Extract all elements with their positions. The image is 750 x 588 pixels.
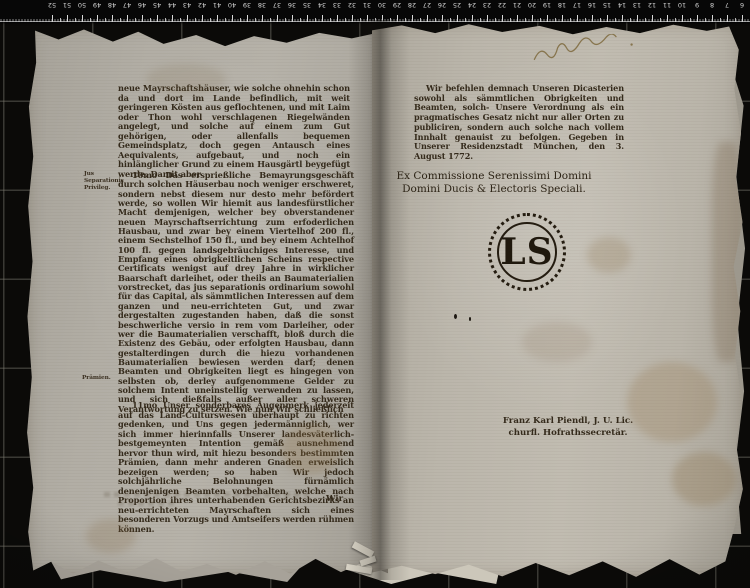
ruler-cm-tick xyxy=(217,15,218,22)
ruler-half-cm-tick xyxy=(735,18,736,22)
ruler-half-cm-tick xyxy=(165,18,166,22)
ruler-half-cm-tick xyxy=(525,18,526,22)
ruler-cm-tick xyxy=(622,15,623,22)
section-11-paragraph: 11mo Unser sonderbares Augenmerk jederze… xyxy=(118,401,354,534)
ruler-cm-tick xyxy=(667,15,668,22)
ruler-cm-tick xyxy=(442,15,443,22)
printed-seal: LS xyxy=(488,213,566,291)
ruler-cm-tick xyxy=(142,15,143,22)
ruler-half-cm-tick xyxy=(615,18,616,22)
ruler-cm-tick xyxy=(502,15,503,22)
ruler-cm-tick xyxy=(202,15,203,22)
ruler-cm-tick xyxy=(562,15,563,22)
stain-spot xyxy=(522,322,592,362)
ruler-cm-tick xyxy=(472,15,473,22)
ruler-half-cm-tick xyxy=(705,18,706,22)
ruler-half-cm-tick xyxy=(495,18,496,22)
signature-block: Franz Karl Piendl, J. U. Lic. churfl. Ho… xyxy=(448,416,688,439)
signature-name: Franz Karl Piendl, J. U. Lic. xyxy=(448,416,688,428)
ruler-half-cm-tick xyxy=(570,18,571,22)
ruler-half-cm-tick xyxy=(540,18,541,22)
ruler-cm-tick xyxy=(247,15,248,22)
ruler-half-cm-tick xyxy=(585,18,586,22)
handwritten-annotation xyxy=(527,32,639,72)
bleedthrough-text xyxy=(118,501,178,506)
ruler-half-cm-tick xyxy=(210,18,211,22)
ruler-cm-tick xyxy=(547,15,548,22)
ruler-cm-tick xyxy=(307,15,308,22)
ruler-half-cm-tick xyxy=(480,18,481,22)
ruler-cm-tick xyxy=(532,15,533,22)
ruler-cm-tick xyxy=(712,15,713,22)
ruler-cm-tick xyxy=(652,15,653,22)
ruler-cm-tick xyxy=(277,15,278,22)
ruler-half-cm-tick xyxy=(285,18,286,22)
ruler-half-cm-tick xyxy=(105,18,106,22)
ruler-half-cm-tick xyxy=(225,18,226,22)
closing-decree-paragraph: Wir befehlen demnach Unseren Dicasterien… xyxy=(414,84,624,162)
ruler-half-cm-tick xyxy=(300,18,301,22)
ruler-cm-tick xyxy=(82,15,83,22)
ruler-half-cm-tick xyxy=(465,18,466,22)
ruler-cm-tick xyxy=(607,15,608,22)
ruler-half-cm-tick xyxy=(675,18,676,22)
ruler-half-cm-tick xyxy=(75,18,76,22)
ruler-half-cm-tick xyxy=(510,18,511,22)
seal-ls-monogram: LS xyxy=(500,234,553,270)
section-10-paragraph: 10mo Das ersprießliche Bemayrungsgeschäf… xyxy=(118,171,354,414)
ruler-half-cm-tick xyxy=(120,18,121,22)
stain-spot xyxy=(672,452,736,506)
ruler-half-cm-tick xyxy=(60,18,61,22)
commission-line-2: Domini Ducis & Electoris Speciali. xyxy=(386,183,602,196)
ruler-cm-tick xyxy=(487,15,488,22)
ruler-half-cm-tick xyxy=(390,18,391,22)
ruler-half-cm-tick xyxy=(660,18,661,22)
ruler-cm-tick xyxy=(412,15,413,22)
ruler-half-cm-tick xyxy=(345,18,346,22)
ruler-cm-tick xyxy=(292,15,293,22)
ruler-half-cm-tick xyxy=(150,18,151,22)
ruler-cm-tick xyxy=(67,15,68,22)
ruler-cm-tick xyxy=(697,15,698,22)
catchword: Wir xyxy=(326,494,343,504)
ruler-half-cm-tick xyxy=(630,18,631,22)
seal-inner-ring: LS xyxy=(497,222,557,282)
ruler-half-cm-tick xyxy=(555,18,556,22)
ruler-cm-tick xyxy=(682,15,683,22)
left-page-continuation-paragraph: neue Mayrschaftshäuser, wie solche ohneh… xyxy=(118,84,350,179)
ink-speck xyxy=(454,314,457,319)
stain-spot xyxy=(587,237,631,273)
ruler-cm-tick xyxy=(382,15,383,22)
ruler-cm-tick xyxy=(577,15,578,22)
ruler-cm-tick xyxy=(52,15,53,22)
commission-formula: Ex Commissione Serenissimi Domini Domini… xyxy=(386,170,602,196)
ruler-half-cm-tick xyxy=(270,18,271,22)
ruler-cm-tick xyxy=(172,15,173,22)
ruler-half-cm-tick xyxy=(315,18,316,22)
ruler-half-cm-tick xyxy=(195,18,196,22)
ruler-cm-tick xyxy=(742,15,743,22)
ruler-half-cm-tick xyxy=(420,18,421,22)
ink-speck xyxy=(469,317,471,321)
bleedthrough-text xyxy=(104,492,309,497)
ruler-half-cm-tick xyxy=(360,18,361,22)
ruler-half-cm-tick xyxy=(330,18,331,22)
ruler-half-cm-tick xyxy=(435,18,436,22)
ruler-cm-tick xyxy=(352,15,353,22)
ruler-half-cm-tick xyxy=(720,18,721,22)
ruler-half-cm-tick xyxy=(135,18,136,22)
ruler-cm-tick xyxy=(592,15,593,22)
ruler-half-cm-tick xyxy=(375,18,376,22)
ruler-cm-tick xyxy=(517,15,518,22)
ruler-half-cm-tick xyxy=(180,18,181,22)
ruler-cm-tick xyxy=(727,15,728,22)
signature-title: churfl. Hofrathssecretär. xyxy=(448,428,688,440)
ruler-cm-tick xyxy=(337,15,338,22)
margin-note-praemien: Prämien. xyxy=(82,375,118,382)
ruler-cm-tick xyxy=(97,15,98,22)
ruler-cm-tick xyxy=(637,15,638,22)
ruler-cm-tick xyxy=(187,15,188,22)
ruler-cm-tick xyxy=(397,15,398,22)
right-page: Wir befehlen demnach Unseren Dicasterien… xyxy=(372,22,744,578)
ruler-cm-tick xyxy=(367,15,368,22)
ruler-half-cm-tick xyxy=(405,18,406,22)
ruler-cm-tick xyxy=(262,15,263,22)
ruler-cm-tick xyxy=(457,15,458,22)
ruler-half-cm-tick xyxy=(645,18,646,22)
ruler-half-cm-tick xyxy=(255,18,256,22)
ruler-cm-tick xyxy=(112,15,113,22)
ruler-half-cm-tick xyxy=(690,18,691,22)
photograph-of-historical-document: 5251504948474645444342414039383736353433… xyxy=(0,0,750,588)
ruler-cm-tick xyxy=(127,15,128,22)
commission-line-1: Ex Commissione Serenissimi Domini xyxy=(386,170,602,183)
ruler-half-cm-tick xyxy=(240,18,241,22)
ruler-half-cm-tick xyxy=(90,18,91,22)
ruler-half-cm-tick xyxy=(450,18,451,22)
measurement-ruler: 5251504948474645444342414039383736353433… xyxy=(0,0,750,22)
margin-note-jus-separationis: Jus Separationis Privileg. xyxy=(84,171,116,192)
ruler-cm-tick xyxy=(232,15,233,22)
left-page: neue Mayrschaftshäuser, wie solche ohneh… xyxy=(26,24,388,576)
ruler-cm-tick xyxy=(427,15,428,22)
ruler-cm-tick xyxy=(157,15,158,22)
ruler-half-cm-tick xyxy=(600,18,601,22)
ruler-cm-tick xyxy=(322,15,323,22)
